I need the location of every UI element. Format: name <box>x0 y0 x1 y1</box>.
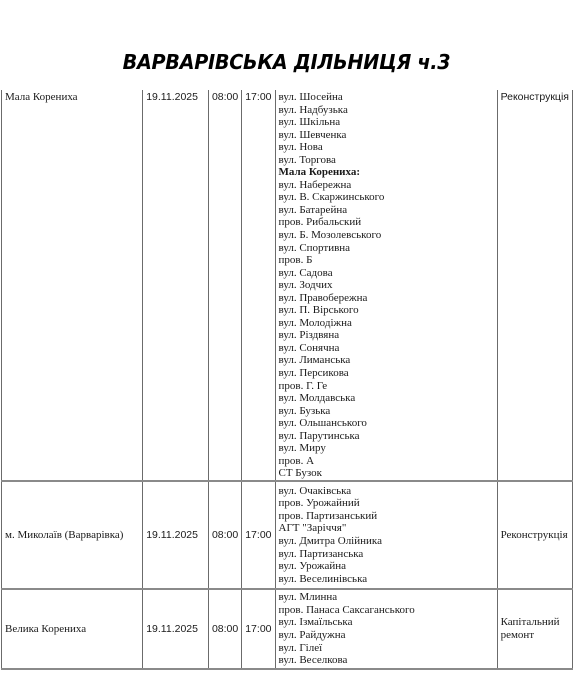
end-time-cell: 17:00 <box>242 589 275 669</box>
street-item: вул. Веселинівська <box>279 573 494 586</box>
street-item: вул. Ольшанського <box>279 417 494 430</box>
street-item: вул. Партизанська <box>279 548 494 561</box>
street-item: АГТ "Заріччя" <box>279 522 494 535</box>
streets-cell: вул. Млиннапров. Панаса Саксаганськогову… <box>275 589 497 669</box>
street-item: вул. Лиманська <box>279 354 494 367</box>
street-item: пров. Рибальский <box>279 216 494 229</box>
street-item: СТ Бузок <box>279 467 494 480</box>
start-time-cell: 08:00 <box>208 90 241 481</box>
page-title: ВАРВАРІВСЬКА ДІЛЬНИЦЯ ч.3 <box>11 50 561 74</box>
date-cell: 19.11.2025 <box>143 589 209 669</box>
street-item: вул. Молодіжна <box>279 317 494 330</box>
work-type-text: Капітальний <box>501 616 569 629</box>
street-item: пров. Партизанський <box>279 510 494 523</box>
settlement-cell: Велика Корениха <box>2 589 143 669</box>
street-item: вул. Млинна <box>279 591 494 604</box>
work-type-text: Реконструкція <box>501 529 569 542</box>
street-item: вул. Правобережна <box>279 292 494 305</box>
street-item: вул. Сонячна <box>279 342 494 355</box>
end-time-cell: 17:00 <box>242 90 275 481</box>
table-row: м. Миколаїв (Варварівка) 19.11.2025 08:0… <box>2 481 573 589</box>
street-item: вул. Зодчих <box>279 279 494 292</box>
street-item: вул. Набережна <box>279 179 494 192</box>
street-item: вул. Садова <box>279 267 494 280</box>
streets-cell: вул. Очаківськапров. Урожайнийпров. Парт… <box>275 481 497 589</box>
end-time-cell: 17:00 <box>242 481 275 589</box>
date-cell: 19.11.2025 <box>143 90 209 481</box>
street-item: вул. Райдужна <box>279 629 494 642</box>
street-item: вул. Парутинська <box>279 430 494 443</box>
work-type-cell: Капітальнийремонт <box>497 589 572 669</box>
outage-schedule-table: Мала Корениха 19.11.2025 08:00 17:00 вул… <box>1 90 573 670</box>
street-item: вул. П. Вірського <box>279 304 494 317</box>
street-group-heading: Мала Корениха: <box>279 166 494 179</box>
street-item: вул. Молдавська <box>279 392 494 405</box>
table-row: Мала Корениха 19.11.2025 08:00 17:00 вул… <box>2 90 573 481</box>
streets-cell: вул. Шосейнавул. Надбузькавул. Шкільнаву… <box>275 90 497 481</box>
street-item: вул. Нова <box>279 141 494 154</box>
settlement-cell: Мала Корениха <box>2 90 143 481</box>
street-item: пров. Г. Ге <box>279 380 494 393</box>
street-item: вул. Дмитра Олійника <box>279 535 494 548</box>
street-item: вул. Спортивна <box>279 242 494 255</box>
street-item: вул. Надбузька <box>279 104 494 117</box>
street-item: вул. Б. Мозолевського <box>279 229 494 242</box>
street-item: вул. Шевченка <box>279 129 494 142</box>
street-item: вул. Миру <box>279 442 494 455</box>
street-item: вул. Шкільна <box>279 116 494 129</box>
work-type-text: Реконструкція <box>501 91 569 104</box>
street-item: вул. Різдвяна <box>279 329 494 342</box>
street-item: вул. Торгова <box>279 154 494 167</box>
street-item: вул. Гілеї <box>279 642 494 655</box>
street-item: вул. Шосейна <box>279 91 494 104</box>
street-item: пров. Б <box>279 254 494 267</box>
table-row: Велика Корениха 19.11.2025 08:00 17:00 в… <box>2 589 573 669</box>
street-item: вул. Бузька <box>279 405 494 418</box>
settlement-cell: м. Миколаїв (Варварівка) <box>2 481 143 589</box>
start-time-cell: 08:00 <box>208 481 241 589</box>
date-cell: 19.11.2025 <box>143 481 209 589</box>
street-item: вул. Персикова <box>279 367 494 380</box>
street-item: вул. Очаківська <box>279 485 494 498</box>
street-item: вул. Ізмаїльська <box>279 616 494 629</box>
street-item: вул. Веселкова <box>279 654 494 667</box>
street-item: пров. Панаса Саксаганського <box>279 604 494 617</box>
work-type-cell: Реконструкція <box>497 90 572 481</box>
street-item: вул. Урожайна <box>279 560 494 573</box>
work-type-cell: Реконструкція <box>497 481 572 589</box>
street-item: пров. Урожайний <box>279 497 494 510</box>
street-item: вул. Батарейна <box>279 204 494 217</box>
street-item: пров. А <box>279 455 494 468</box>
street-item: вул. В. Скаржинського <box>279 191 494 204</box>
start-time-cell: 08:00 <box>208 589 241 669</box>
work-type-text: ремонт <box>501 629 569 642</box>
